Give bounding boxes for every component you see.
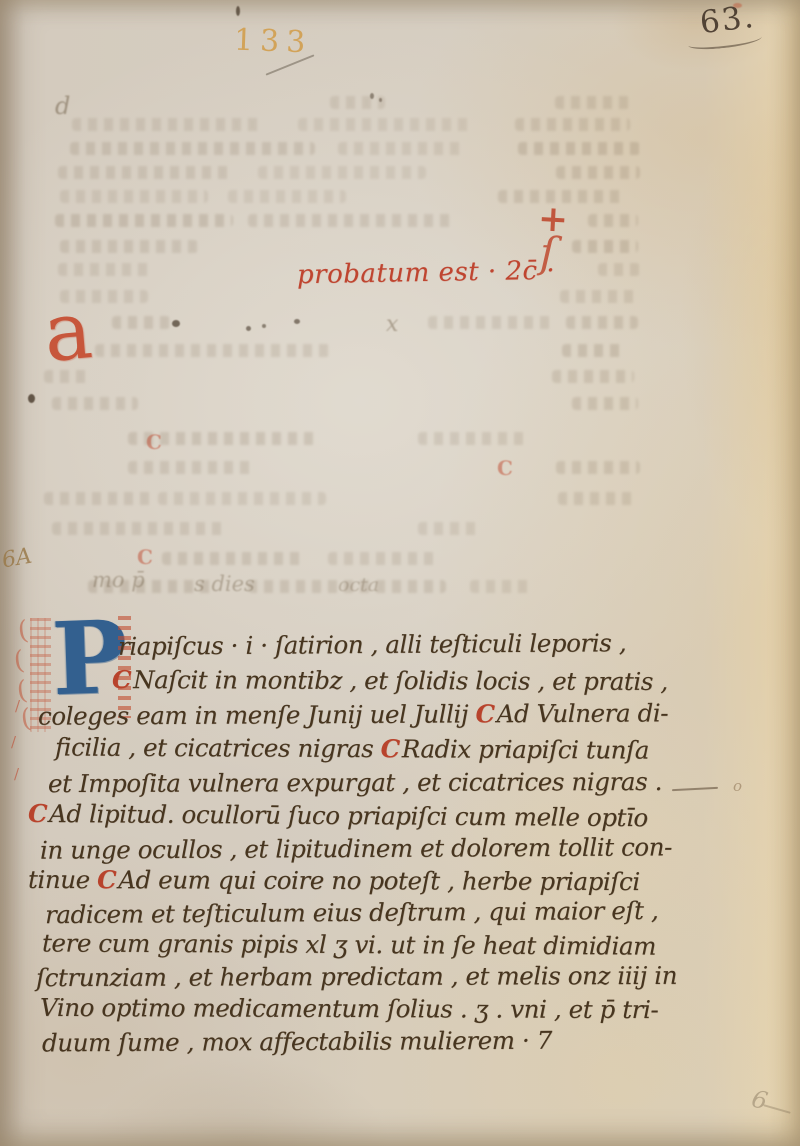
showthrough-line	[95, 344, 330, 357]
manuscript-line: riapiſcus · i · ſatirion , alli teſticul…	[118, 628, 626, 661]
showthrough-line	[330, 96, 385, 109]
showthrough-line	[44, 492, 152, 505]
ink-speck	[262, 324, 266, 328]
showthrough-line	[555, 96, 630, 109]
faded-fragment: mo p̄	[92, 568, 145, 592]
text-segment: in unge ocullos , et lipitudinem et dolo…	[40, 832, 672, 864]
showthrough-line	[418, 522, 480, 535]
showthrough-line	[556, 461, 640, 474]
manuscript-page: 133 63. probatum est · 2c̄ · a + ſ 6A P …	[0, 0, 800, 1146]
showthrough-line	[428, 316, 556, 329]
showthrough-line	[566, 316, 638, 329]
text-segment: duum ſume , mox affectabilis mulierem · …	[42, 1026, 552, 1058]
showthrough-line	[562, 344, 624, 357]
ink-speck	[294, 319, 300, 324]
margin-dash-stroke	[672, 787, 718, 791]
showthrough-line	[558, 492, 638, 505]
showthrough-line	[572, 397, 638, 410]
showthrough-line	[52, 522, 224, 535]
showthrough-line	[58, 166, 233, 179]
faded-fragment: s dies	[194, 572, 255, 596]
red-margin-tick: /	[14, 765, 19, 783]
showthrough-line	[470, 580, 530, 593]
showthrough-line	[552, 370, 634, 383]
manuscript-line: tinue CAd eum qui coire no poteſt , herb…	[28, 865, 640, 896]
margin-letter-o: o	[733, 777, 742, 795]
showthrough-line	[556, 166, 640, 179]
faded-red-initial-a: a	[41, 290, 95, 374]
text-segment: Radix priapiſci tunſa	[402, 734, 649, 764]
showthrough-line	[338, 142, 466, 155]
showthrough-line	[70, 142, 315, 155]
red-margin-tick: /	[11, 733, 16, 751]
text-segment: radicem et teſticulum eius deſtrum , qui…	[45, 896, 658, 929]
text-segment: tere cum granis pipis xl ʒ vi. ut in ſe …	[42, 928, 656, 960]
rubric-probatum-est: probatum est · 2c̄ ·	[297, 256, 556, 290]
showthrough-line	[248, 214, 453, 227]
capitulum-mark: C	[28, 799, 49, 828]
showthrough-line	[598, 263, 640, 276]
manuscript-line: Vino optimo medicamentum ſolius . ʒ . vn…	[40, 993, 658, 1024]
faded-fragment: octa	[338, 574, 379, 596]
text-segment: riapiſcus · i · ſatirion , alli teſticul…	[118, 628, 626, 661]
manuscript-line: CNaſcit in montibz , et ſolidis locis , …	[112, 665, 668, 696]
text-segment: ſctrunziam , et herbam predictam , et me…	[36, 961, 677, 992]
capitulum-mark: C	[97, 865, 118, 894]
text-segment: Ad lipitud. ocullorū ſuco priapiſci cum …	[49, 799, 648, 832]
showthrough-line	[162, 552, 304, 565]
filigree-curl: (	[12, 645, 26, 676]
manuscript-line: CAd lipitud. ocullorū ſuco priapiſci cum…	[28, 799, 648, 832]
showthrough-line	[55, 214, 233, 227]
folio-underline-stroke	[688, 31, 763, 51]
folio-number-top-center: 133	[233, 23, 312, 61]
faded-capitulum-mark: C	[146, 430, 162, 454]
capitulum-mark: C	[381, 734, 402, 763]
showthrough-line	[60, 190, 208, 203]
manuscript-line: radicem et teſticulum eius deſtrum , qui…	[45, 896, 658, 929]
manuscript-line: duum ſume , mox affectabilis mulierem · …	[42, 1026, 552, 1058]
faded-fragment: x	[386, 312, 398, 337]
red-letter-long-s: ſ	[539, 228, 556, 278]
manuscript-line: tere cum granis pipis xl ʒ vi. ut in ſe …	[42, 928, 656, 960]
showthrough-line	[328, 552, 436, 565]
quire-signature-note: 6A	[0, 544, 34, 574]
corner-note-bottom-right: 6	[749, 1085, 771, 1116]
ink-speck	[28, 394, 35, 403]
manuscript-line: coleges eam in menſe Junij uel Jullij CA…	[38, 698, 668, 730]
text-segment: Vino optimo medicamentum ſolius . ʒ . vn…	[40, 993, 658, 1024]
ink-speck	[236, 6, 240, 16]
faded-capitulum-mark: C	[497, 456, 513, 480]
showthrough-line	[515, 118, 630, 131]
showthrough-line	[158, 492, 326, 505]
showthrough-line	[258, 166, 426, 179]
showthrough-line	[228, 190, 346, 203]
showthrough-line	[518, 142, 640, 155]
showthrough-line	[72, 118, 262, 131]
corner-stroke	[763, 1104, 790, 1114]
showthrough-line	[128, 461, 256, 474]
showthrough-line	[588, 214, 638, 227]
text-segment: et Impoſita vulnera expurgat , et cicatr…	[48, 767, 662, 798]
ink-speck	[379, 98, 382, 102]
ink-speck	[246, 326, 251, 331]
text-segment: Ad Vulnera di-	[497, 698, 669, 728]
text-segment: ficilia , et cicatrices nigras	[55, 732, 381, 763]
text-segment: coleges eam in menſe Junij uel Jullij	[38, 699, 476, 730]
manuscript-line: ficilia , et cicatrices nigras CRadix pr…	[55, 732, 649, 764]
manuscript-line: et Impoſita vulnera expurgat , et cicatr…	[48, 767, 662, 798]
text-segment: Naſcit in montibz , et ſolidis locis , e…	[133, 665, 668, 696]
filigree-curl: (	[16, 615, 30, 646]
manuscript-line: in unge ocullos , et lipitudinem et dolo…	[40, 832, 672, 864]
showthrough-line	[52, 397, 138, 410]
showthrough-line	[112, 316, 170, 329]
showthrough-line	[60, 240, 198, 253]
showthrough-line	[58, 263, 150, 276]
ink-speck	[172, 320, 180, 327]
red-ink-speck	[733, 3, 742, 8]
capitulum-mark: C	[112, 665, 133, 694]
ink-speck	[370, 93, 374, 99]
faded-fragment: d	[55, 92, 70, 120]
capitulum-mark: C	[475, 699, 496, 728]
text-segment: tinue	[28, 865, 97, 894]
showthrough-line	[572, 240, 638, 253]
showthrough-line	[298, 118, 473, 131]
manuscript-line: ſctrunziam , et herbam predictam , et me…	[36, 961, 677, 992]
showthrough-line	[418, 432, 530, 445]
faded-capitulum-mark: C	[137, 545, 153, 569]
showthrough-line	[560, 290, 640, 303]
text-segment: Ad eum qui coire no poteſt , herbe priap…	[118, 865, 640, 896]
